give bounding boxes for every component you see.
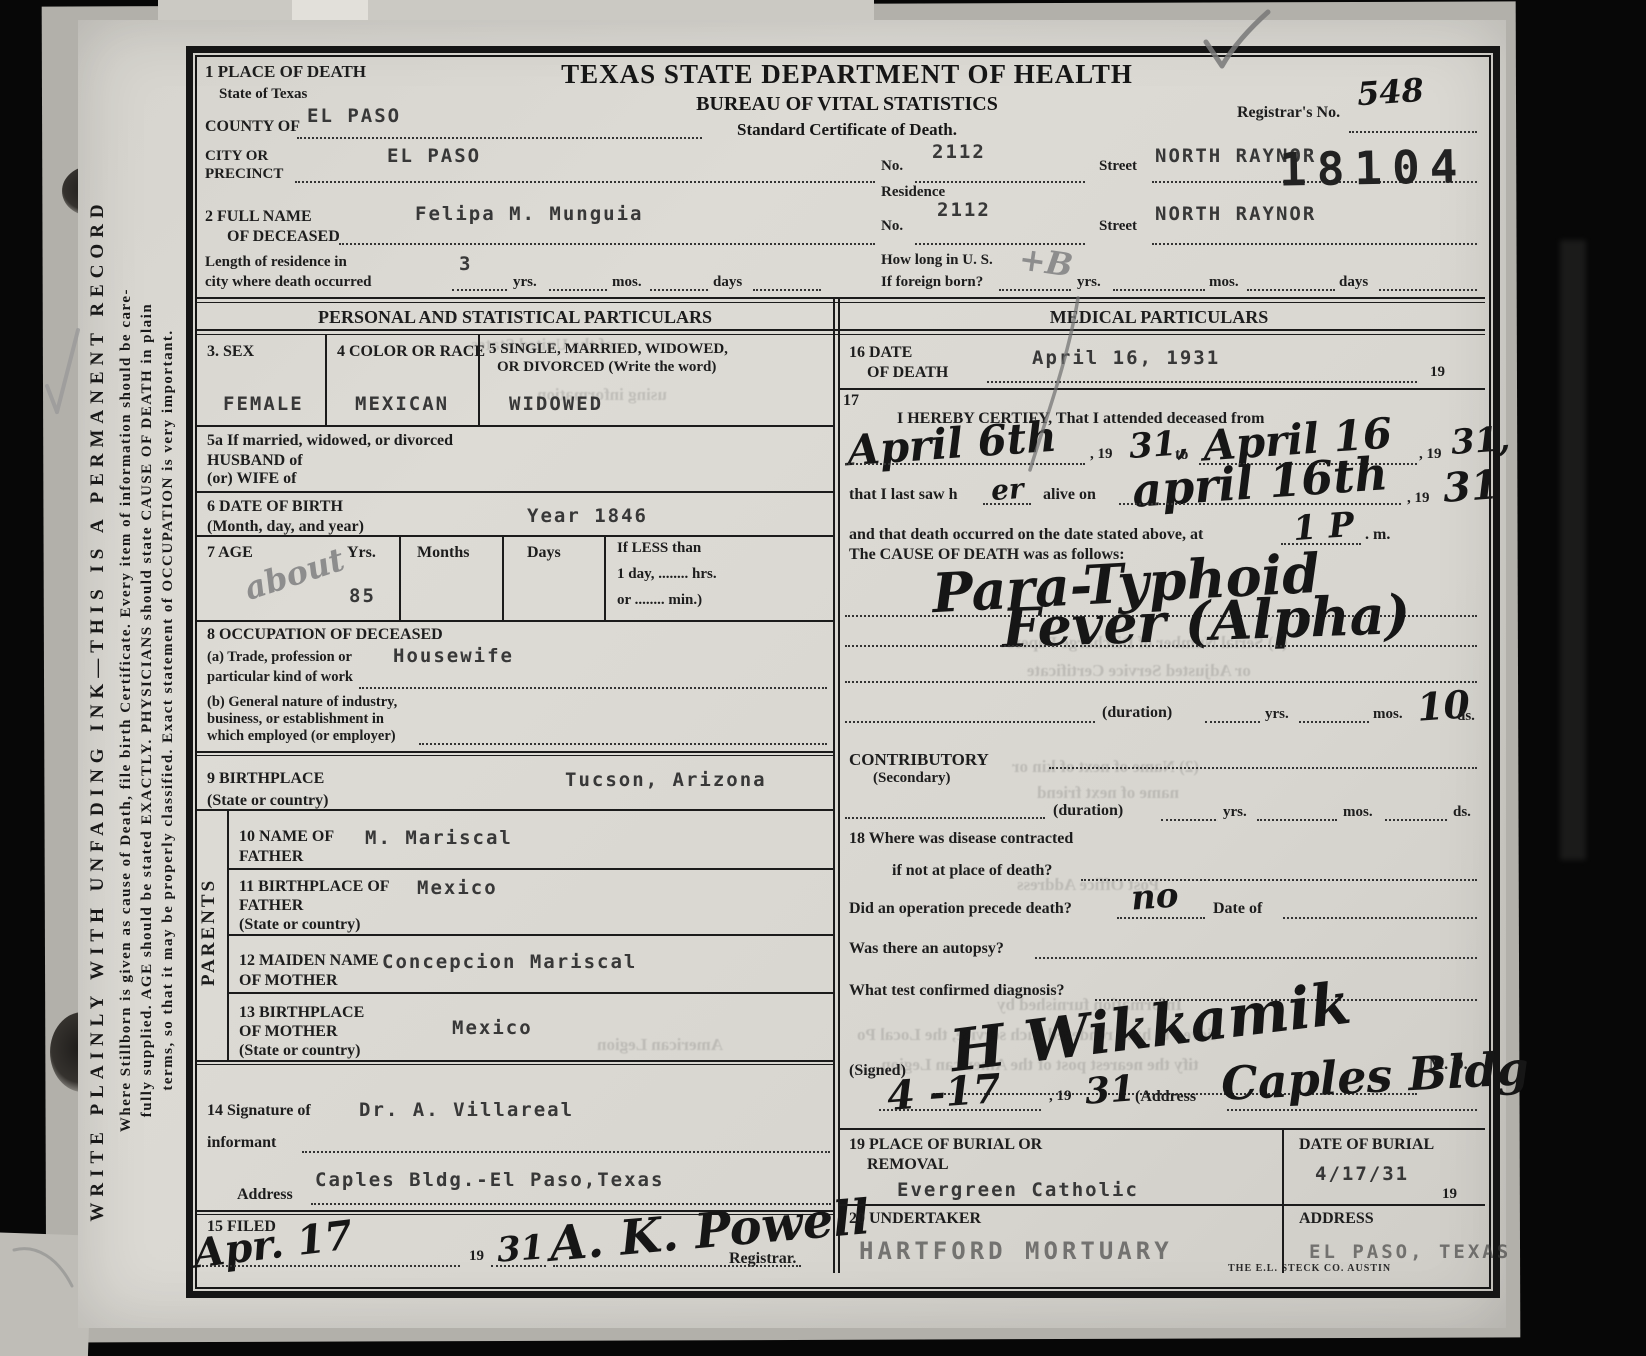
certificate-border: 1 PLACE OF DEATH State of Texas TEXAS ST… bbox=[186, 46, 1500, 1298]
field-1-label: 1 PLACE OF DEATH bbox=[205, 63, 366, 81]
occupation-b-label-1: (b) General nature of industry, bbox=[207, 695, 397, 710]
rule-dotted bbox=[359, 687, 827, 689]
residence-no-label: No. bbox=[881, 219, 903, 235]
last-saw-label-1: that I last saw h bbox=[849, 487, 957, 504]
sign-19-label: , 19 bbox=[1049, 1089, 1072, 1105]
rule-dotted bbox=[845, 721, 1095, 723]
rule-dotted bbox=[1117, 917, 1205, 919]
duration2-yrs-label: yrs. bbox=[1223, 805, 1247, 821]
item5a-label-1: 5a If married, widowed, or divorced bbox=[207, 433, 453, 450]
father-birthplace-value: Mexico bbox=[417, 877, 498, 899]
bleedthrough-text: name of next friend bbox=[1037, 783, 1179, 803]
margin-line-4: terms, so that it may be properly classi… bbox=[158, 90, 179, 1330]
filed-19-label: 19 bbox=[469, 1249, 484, 1265]
mother-birthplace-label-1: 13 BIRTHPLACE bbox=[239, 1005, 364, 1022]
cell-divider bbox=[604, 535, 606, 620]
rule-line bbox=[227, 992, 833, 994]
if-less-label-1: If LESS than bbox=[617, 541, 701, 557]
bleedthrough-text: tify the nearest post of the American Le… bbox=[877, 1055, 1199, 1075]
rule-dotted bbox=[1152, 243, 1477, 245]
rule-dotted bbox=[845, 681, 1477, 683]
margin-line-3: fully supplied. AGE should be stated EXA… bbox=[137, 90, 158, 1330]
burial-label-2: REMOVAL bbox=[867, 1157, 949, 1174]
rule-dotted bbox=[987, 381, 1417, 383]
age-months-head: Months bbox=[417, 545, 469, 562]
us-days-label: days bbox=[1339, 275, 1368, 291]
rule-line bbox=[839, 388, 1485, 390]
margin-line-1: WRITE PLAINLY WITH UNFADING INK—THIS IS … bbox=[87, 90, 109, 1330]
marital-label-2: OR DIVORCED (Write the word) bbox=[497, 360, 716, 376]
mother-birthplace-value: Mexico bbox=[452, 1017, 533, 1039]
undertaker-label: 20 UNDERTAKER bbox=[849, 1211, 981, 1228]
rule-line bbox=[197, 302, 1485, 303]
date-of-death-label-2: OF DEATH bbox=[867, 365, 948, 382]
yrs-label: yrs. bbox=[513, 275, 537, 291]
rule-dotted bbox=[845, 463, 1085, 465]
bureau-title: BUREAU OF VITAL STATISTICS bbox=[517, 93, 1177, 116]
attended-from-handwritten: April 6th bbox=[846, 412, 1059, 476]
last-saw-er-handwritten: er bbox=[990, 472, 1025, 507]
sex-value: FEMALE bbox=[223, 393, 304, 415]
rule-line bbox=[839, 1128, 1485, 1130]
scan-streak bbox=[1560, 240, 1586, 860]
undertaker-address-value-stamped: EL PASO, TEXAS bbox=[1309, 1241, 1511, 1263]
residence-street-value: NORTH RAYNOR bbox=[1155, 203, 1316, 225]
informant-address-label: Address bbox=[237, 1187, 293, 1204]
rule-dotted bbox=[1283, 917, 1477, 919]
cell-divider bbox=[325, 334, 327, 425]
rule-dotted bbox=[549, 289, 607, 291]
bleedthrough-text: (2) Name of next of kin or bbox=[1012, 757, 1199, 777]
registrar-word-label: Registrar. bbox=[729, 1251, 796, 1268]
bleedthrough-text: (1) Serial Number of Discharge Papers bbox=[1007, 633, 1288, 653]
bleedthrough-text: of the United States. bbox=[467, 335, 613, 355]
if-less-label-3: or ........ min.) bbox=[617, 593, 702, 609]
duration2-ds-label: ds. bbox=[1453, 805, 1471, 821]
dob-label-1: 6 DATE OF BIRTH bbox=[207, 499, 343, 516]
burial-date-label: DATE OF BURIAL bbox=[1299, 1137, 1434, 1154]
fullname-label-2: OF DECEASED bbox=[227, 229, 340, 246]
operation-question: Did an operation precede death? bbox=[849, 901, 1072, 918]
rule-line bbox=[197, 1064, 833, 1065]
informant-address-value: Caples Bldg.-El Paso,Texas bbox=[315, 1169, 664, 1191]
occupation-label: 8 OCCUPATION OF DECEASED bbox=[207, 627, 443, 644]
age-days-head: Days bbox=[527, 545, 561, 562]
column-divider bbox=[833, 297, 835, 1273]
mos-label: mos. bbox=[612, 275, 642, 291]
mother-birthplace-label-2: OF MOTHER bbox=[239, 1024, 338, 1041]
bleedthrough-text: using information bbox=[537, 385, 667, 405]
contributory-label-2: (Secondary) bbox=[873, 771, 951, 787]
city-label-1: CITY OR bbox=[205, 149, 268, 165]
residence-street-label: Street bbox=[1099, 219, 1137, 235]
autopsy-question: Was there an autopsy? bbox=[849, 941, 1004, 958]
rule-dotted bbox=[1349, 131, 1477, 133]
residence-length-label-2: city where death occurred bbox=[205, 275, 372, 291]
residence-length-label-1: Length of residence in bbox=[205, 255, 347, 271]
street-label: Street bbox=[1099, 159, 1137, 175]
bleedthrough-text: Information furnished by bbox=[997, 995, 1182, 1015]
item17-number: 17 bbox=[843, 393, 859, 410]
rule-dotted bbox=[1379, 289, 1477, 291]
days-label: days bbox=[713, 275, 742, 291]
rule-dotted bbox=[491, 1265, 546, 1267]
rule-line bbox=[227, 868, 833, 870]
rule-dotted bbox=[202, 1265, 460, 1267]
informant-label-2: informant bbox=[207, 1135, 276, 1152]
rule-line bbox=[197, 425, 833, 427]
column-divider bbox=[838, 297, 840, 1273]
margin-line-2: Where Stillborn is given as cause of Dea… bbox=[116, 90, 137, 1330]
rule-dotted bbox=[295, 181, 875, 183]
mother-name-value: Concepcion Mariscal bbox=[382, 951, 637, 973]
burial-date-value: 4/17/31 bbox=[1315, 1163, 1409, 1185]
us-mos-label: mos. bbox=[1209, 275, 1239, 291]
bleedthrough-text: lieved to have rendered such service, th… bbox=[857, 1025, 1217, 1045]
margin-instructions: WRITE PLAINLY WITH UNFADING INK—THIS IS … bbox=[87, 90, 183, 1330]
occupation-a-label-2: particular kind of work bbox=[207, 670, 353, 685]
mother-name-label-2: OF MOTHER bbox=[239, 973, 338, 990]
residence-length-years: 3 bbox=[459, 253, 472, 275]
burial-19-label: 19 bbox=[1442, 1187, 1457, 1203]
item5a-label-3: (or) WIFE of bbox=[207, 471, 296, 488]
rule-dotted bbox=[297, 137, 702, 139]
us-length-label-1: How long in U. S. bbox=[881, 253, 993, 269]
father-birthplace-label-3: (State or country) bbox=[239, 917, 360, 934]
saw-19-label: , 19 bbox=[1407, 491, 1430, 507]
rule-line bbox=[197, 491, 833, 493]
rule-line bbox=[197, 755, 833, 756]
rule-dotted bbox=[1161, 819, 1216, 821]
house-no-value: 2112 bbox=[932, 141, 986, 163]
last-saw-label-2: alive on bbox=[1043, 487, 1096, 504]
rule-dotted bbox=[845, 817, 1045, 819]
rule-dotted bbox=[1113, 289, 1205, 291]
age-yrs-head: Yrs. bbox=[347, 545, 376, 562]
fullname-label-1: 2 FULL NAME bbox=[205, 209, 312, 226]
address-paren-label: (Address bbox=[1135, 1089, 1196, 1106]
duration-ds-label: ds. bbox=[1457, 709, 1475, 725]
rule-dotted bbox=[1385, 819, 1447, 821]
bleedthrough-text: or Adjusted Service Certificate bbox=[1027, 661, 1251, 681]
duration-label: (duration) bbox=[1102, 705, 1172, 722]
registrar-no-label: Registrar's No. bbox=[1237, 105, 1340, 122]
item18-label: 18 Where was disease contracted bbox=[849, 831, 1073, 848]
race-label: 4 COLOR OR RACE bbox=[337, 344, 485, 361]
duration2-mos-label: mos. bbox=[1343, 805, 1373, 821]
cell-divider bbox=[502, 535, 504, 620]
county-label: COUNTY OF bbox=[205, 119, 300, 136]
occupation-a-label-1: (a) Trade, profession or bbox=[207, 650, 352, 665]
state-label: State of Texas bbox=[219, 87, 307, 103]
fullname-value: Felipa M. Munguia bbox=[415, 203, 643, 225]
rule-dotted bbox=[339, 243, 875, 245]
rule-line bbox=[197, 809, 833, 811]
city-label-2: PRECINCT bbox=[205, 167, 283, 183]
duration-yrs-label: yrs. bbox=[1265, 707, 1289, 723]
personal-section-header: PERSONAL AND STATISTICAL PARTICULARS bbox=[197, 308, 833, 327]
dob-value: Year 1846 bbox=[527, 505, 648, 527]
rule-dotted bbox=[753, 289, 821, 291]
rule-line bbox=[227, 934, 833, 936]
if-less-label-2: 1 day, ........ hrs. bbox=[617, 567, 717, 583]
race-value: MEXICAN bbox=[355, 393, 449, 415]
certificate-body: 1 PLACE OF DEATH State of Texas TEXAS ST… bbox=[195, 55, 1491, 1289]
contributory-label-1: CONTRIBUTORY bbox=[849, 751, 989, 769]
to-year-handwritten: 31, bbox=[1450, 419, 1512, 463]
occupation-b-label-3: which employed (or employer) bbox=[207, 729, 396, 744]
undertaker-address-label: ADDRESS bbox=[1299, 1211, 1374, 1228]
age-value: 85 bbox=[349, 585, 376, 607]
rule-dotted bbox=[1035, 957, 1477, 959]
occupation-value: Housewife bbox=[393, 645, 514, 667]
physician-address-handwritten: Caples Bldg bbox=[1220, 1041, 1530, 1111]
rule-dotted bbox=[999, 289, 1071, 291]
burial-place-value: Evergreen Catholic bbox=[897, 1179, 1139, 1201]
rule-line bbox=[197, 297, 1485, 299]
department-title: TEXAS STATE DEPARTMENT OF HEALTH bbox=[517, 59, 1177, 90]
rule-dotted bbox=[1247, 289, 1335, 291]
age-label: 7 AGE bbox=[207, 545, 253, 562]
father-name-value: M. Mariscal bbox=[365, 827, 513, 849]
file-number-stamp: 18104 bbox=[1279, 139, 1468, 196]
rule-dotted bbox=[419, 743, 827, 745]
rule-dotted bbox=[1227, 1109, 1477, 1111]
registrar-signature: A. K. Powell bbox=[547, 1189, 872, 1273]
date-of-death-label-1: 16 DATE bbox=[849, 345, 912, 362]
birthplace-label: 9 BIRTHPLACE bbox=[207, 771, 324, 788]
rule-dotted bbox=[452, 289, 507, 291]
father-birthplace-label-1: 11 BIRTHPLACE OF bbox=[239, 879, 390, 896]
county-value: EL PASO bbox=[307, 105, 401, 127]
father-birthplace-label-2: FATHER bbox=[239, 898, 303, 915]
registrar-no-value: 548 bbox=[1356, 71, 1425, 114]
rule-dotted bbox=[1299, 721, 1369, 723]
date-of-death-value: April 16, 1931 bbox=[1032, 347, 1220, 369]
rule-line bbox=[839, 1204, 1485, 1206]
father-name-label-1: 10 NAME OF bbox=[239, 829, 334, 846]
informant-label-1: 14 Signature of bbox=[207, 1103, 311, 1120]
rule-dotted bbox=[650, 289, 708, 291]
house-no-label: No. bbox=[881, 159, 903, 175]
cell-divider bbox=[1282, 1128, 1284, 1273]
sex-label: 3. SEX bbox=[207, 344, 254, 361]
burial-label-1: 19 PLACE OF BURIAL OR bbox=[849, 1137, 1042, 1154]
bleedthrough-text: Post Office Address bbox=[1017, 875, 1159, 895]
date-of-label: Date of bbox=[1213, 901, 1262, 918]
duration-mos-label: mos. bbox=[1373, 707, 1403, 723]
foreign-born-pencil-mark: +B bbox=[1017, 239, 1076, 284]
rule-line bbox=[197, 329, 1485, 331]
from-19-label: , 19 bbox=[1090, 447, 1113, 463]
birthplace-value: Tucson, Arizona bbox=[565, 769, 767, 791]
residence-no-value: 2112 bbox=[937, 199, 991, 221]
duration2-label: (duration) bbox=[1053, 803, 1123, 820]
mother-birthplace-label-3: (State or country) bbox=[239, 1043, 360, 1060]
cell-divider bbox=[399, 535, 401, 620]
rule-dotted bbox=[1257, 819, 1337, 821]
death-occurred-statement: and that death occurred on the date stat… bbox=[849, 527, 1203, 544]
dob-label-2: (Month, day, and year) bbox=[207, 519, 364, 536]
bleedthrough-text: American Legion bbox=[597, 1035, 723, 1055]
scanned-death-certificate: WRITE PLAINLY WITH UNFADING INK—THIS IS … bbox=[0, 0, 1646, 1356]
rule-line bbox=[197, 1060, 833, 1062]
saw-year-handwritten: 31 bbox=[1441, 461, 1500, 512]
rule-line bbox=[197, 620, 833, 622]
to-19-label: , 19 bbox=[1419, 447, 1442, 463]
rule-dotted bbox=[879, 1109, 1041, 1111]
informant-value: Dr. A. Villareal bbox=[359, 1099, 574, 1121]
rule-dotted bbox=[1119, 503, 1401, 505]
age-pencil-note: about bbox=[240, 540, 349, 608]
parents-vertical-label: PARENTS bbox=[198, 807, 226, 1057]
rule-line bbox=[197, 751, 833, 753]
rule-dotted bbox=[1205, 721, 1260, 723]
rule-line bbox=[197, 334, 1485, 335]
dod-19-label: 19 bbox=[1430, 365, 1445, 381]
undertaker-value-stamped: HARTFORD MORTUARY bbox=[859, 1237, 1173, 1265]
us-length-label-2: If foreign born? bbox=[881, 275, 983, 291]
time-m-label: . m. bbox=[1365, 527, 1390, 544]
rule-dotted bbox=[302, 1151, 830, 1153]
residence-label: Residence bbox=[881, 185, 945, 201]
medical-section-header: MEDICAL PARTICULARS bbox=[839, 308, 1479, 327]
form-title-block: TEXAS STATE DEPARTMENT OF HEALTH BUREAU … bbox=[517, 59, 1177, 140]
city-value: EL PASO bbox=[387, 145, 481, 167]
rule-line bbox=[197, 535, 833, 537]
us-yrs-label: yrs. bbox=[1077, 275, 1101, 291]
mother-name-label-1: 12 MAIDEN NAME bbox=[239, 953, 379, 970]
father-name-label-2: FATHER bbox=[239, 849, 303, 866]
item5a-label-2: HUSBAND of bbox=[207, 453, 303, 470]
occupation-b-label-2: business, or establishment in bbox=[207, 712, 384, 727]
certificate-sheet: WRITE PLAINLY WITH UNFADING INK—THIS IS … bbox=[78, 20, 1506, 1328]
rule-dotted bbox=[915, 181, 1085, 183]
